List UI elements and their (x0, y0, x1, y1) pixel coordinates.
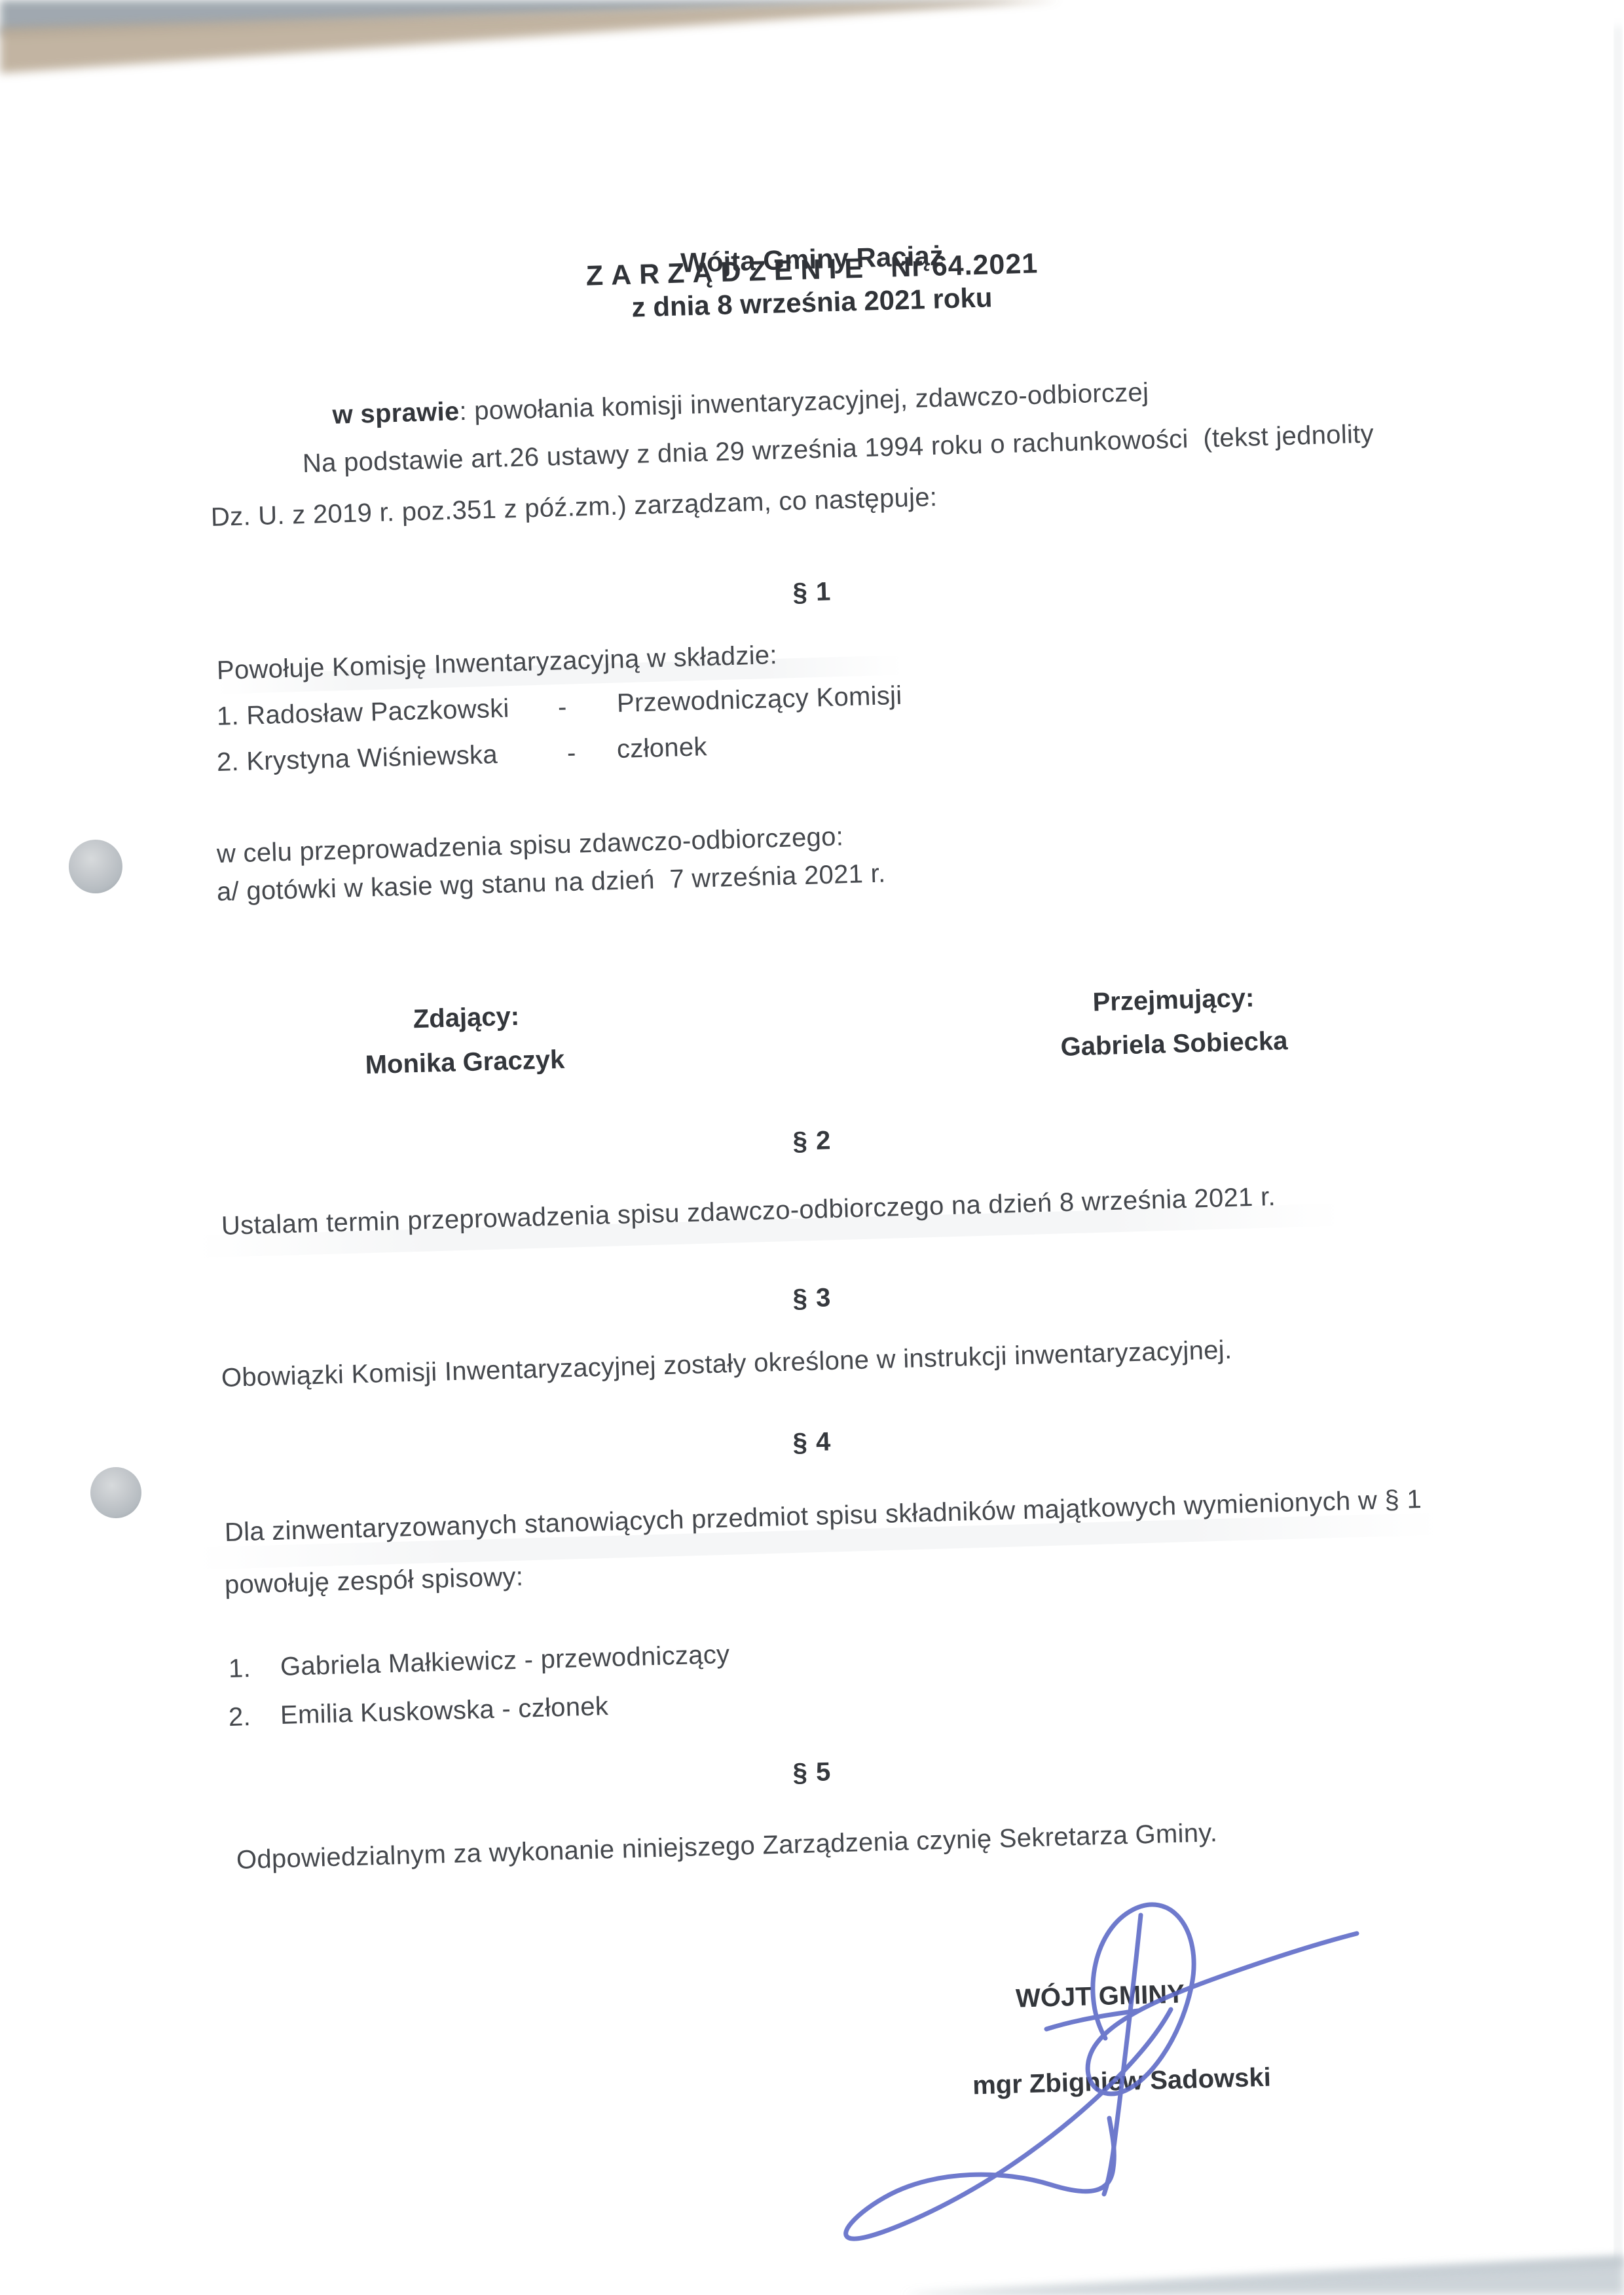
section-3-heading: § 3 (0, 1261, 1624, 1335)
member-dash: - (557, 693, 567, 722)
document-page: ZARZĄDZENIE Nr 64.2021 Wójta Gminy Racią… (0, 0, 1624, 2295)
team-item-number: 1. (228, 1654, 251, 1684)
scanned-document: { "colors": { "signature_ink": "#5b68c6"… (0, 0, 1624, 2295)
section-1-heading: § 1 (0, 555, 1624, 629)
team-item-text: Gabriela Małkiewicz - przewodniczący (280, 1640, 730, 1682)
signer-title: WÓJT GMINY (903, 1977, 1297, 2017)
signer-name: mgr Zbigniew Sadowski (925, 2062, 1318, 2102)
member-role: Przewodniczący Komisji (616, 681, 902, 718)
punch-hole-top (69, 840, 122, 893)
section-4-text-2: powołuję zespół spisowy: (224, 1562, 523, 1600)
party-right-label: Przejmujący: (976, 980, 1370, 1021)
scan-edge-bottom-wedge (904, 2257, 1624, 2295)
section-5-text: Odpowiedzialnym za wykonanie niniejszego… (236, 1818, 1217, 1875)
member-name: 2. Krystyna Wiśniewska (216, 740, 498, 777)
signature-stroke-descender (1104, 1915, 1141, 2194)
party-left-label: Zdający: (269, 998, 663, 1039)
section-3-text: Obowiązki Komisji Inwentaryzacyjnej zost… (221, 1335, 1232, 1393)
party-right-name: Gabriela Sobiecka (977, 1024, 1371, 1065)
scan-edge-top (0, 0, 1624, 131)
section-4-heading: § 4 (0, 1405, 1624, 1480)
subject-label: w sprawie (332, 397, 460, 429)
commission-intro: Powołuje Komisję Inwentaryzacyjną w skła… (216, 641, 777, 686)
section-2-text: Ustalam termin przeprowadzenia spisu zda… (221, 1182, 1276, 1241)
member-role: członek (616, 732, 707, 764)
section-2-heading: § 2 (0, 1104, 1624, 1178)
team-item-text: Emilia Kuskowska - członek (280, 1692, 608, 1730)
section-4-text-1: Dla zinwentaryzowanych stanowiących prze… (224, 1485, 1422, 1548)
purpose-line-1: w celu przeprowadzenia spisu zdawczo-odb… (216, 822, 843, 869)
scan-edge-top-gray (0, 0, 1022, 35)
section-5-heading: § 5 (0, 1735, 1624, 1810)
legal-basis-line-2: Dz. U. z 2019 r. poz.351 z póź.zm.) zarz… (210, 483, 937, 532)
team-item-number: 2. (228, 1702, 251, 1732)
scan-edge-top-tan (0, 0, 1061, 73)
subject-text: : powołania komisji inwentaryzacyjnej, z… (459, 378, 1149, 426)
member-name: 1. Radosław Paczkowski (216, 694, 509, 732)
signature-stroke-tail (846, 2009, 1171, 2239)
member-dash: - (566, 739, 576, 768)
signature-stroke-cross (1046, 2011, 1138, 2029)
party-left-name: Monika Graczyk (268, 1043, 661, 1083)
scan-edge-bottom-line (904, 2257, 1624, 2295)
